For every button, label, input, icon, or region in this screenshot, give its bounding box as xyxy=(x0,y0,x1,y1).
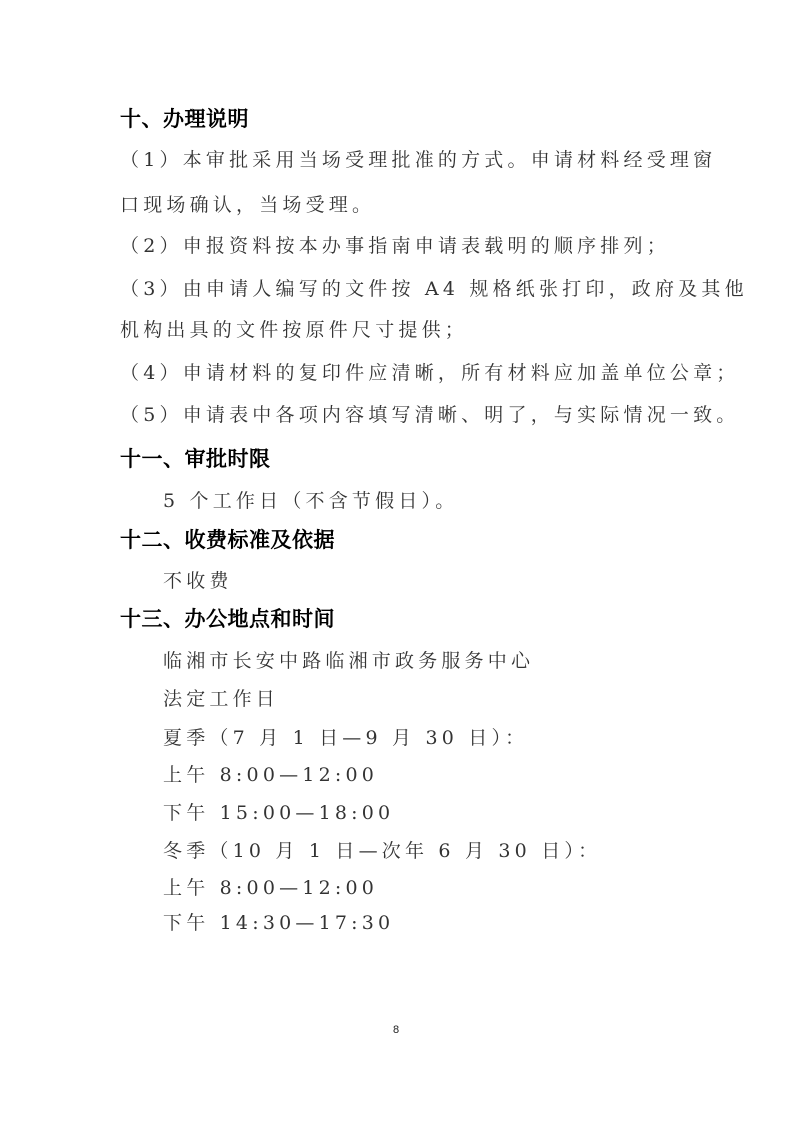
paragraph-line: 不收费 xyxy=(163,569,233,593)
section-heading-handling-notes: 十、办理说明 xyxy=(120,106,249,132)
paragraph-line: （2）申报资料按本办事指南申请表载明的顺序排列； xyxy=(120,234,670,258)
paragraph-line: （4）申请材料的复印件应清晰，所有材料应加盖单位公章； xyxy=(120,361,740,385)
section-heading-fee-standard: 十二、收费标准及依据 xyxy=(120,527,335,553)
paragraph-line: 5 个工作日（不含节假日）。 xyxy=(163,489,458,513)
hours-line: 下午 14:30—17:30 xyxy=(163,911,394,935)
address-line: 临湘市长安中路临湘市政务服务中心 xyxy=(163,649,534,673)
paragraph-line: 法定工作日 xyxy=(163,687,279,711)
hours-line: 上午 8:00—12:00 xyxy=(163,763,378,787)
paragraph-line: 口现场确认，当场受理。 xyxy=(120,193,375,217)
paragraph-line: （5）申请表中各项内容填写清晰、明了，与实际情况一致。 xyxy=(120,403,740,427)
paragraph-line: （1）本审批采用当场受理批准的方式。申请材料经受理窗 xyxy=(120,148,716,172)
section-heading-approval-time-limit: 十一、审批时限 xyxy=(120,446,271,472)
paragraph-line: （3）由申请人编写的文件按 A4 规格纸张打印，政府及其他 xyxy=(120,277,748,301)
document-page: 十、办理说明 （1）本审批采用当场受理批准的方式。申请材料经受理窗 口现场确认，… xyxy=(0,0,793,1122)
hours-line: 上午 8:00—12:00 xyxy=(163,876,378,900)
hours-line: 下午 15:00—18:00 xyxy=(163,801,394,825)
section-heading-office-location-hours: 十三、办公地点和时间 xyxy=(120,606,335,632)
paragraph-line: 机构出具的文件按原件尺寸提供； xyxy=(120,318,468,342)
page-number: 8 xyxy=(393,1024,399,1036)
paragraph-line: 夏季（7 月 1 日—9 月 30 日）： xyxy=(163,726,528,750)
paragraph-line: 冬季（10 月 1 日—次年 6 月 30 日）： xyxy=(163,839,601,863)
